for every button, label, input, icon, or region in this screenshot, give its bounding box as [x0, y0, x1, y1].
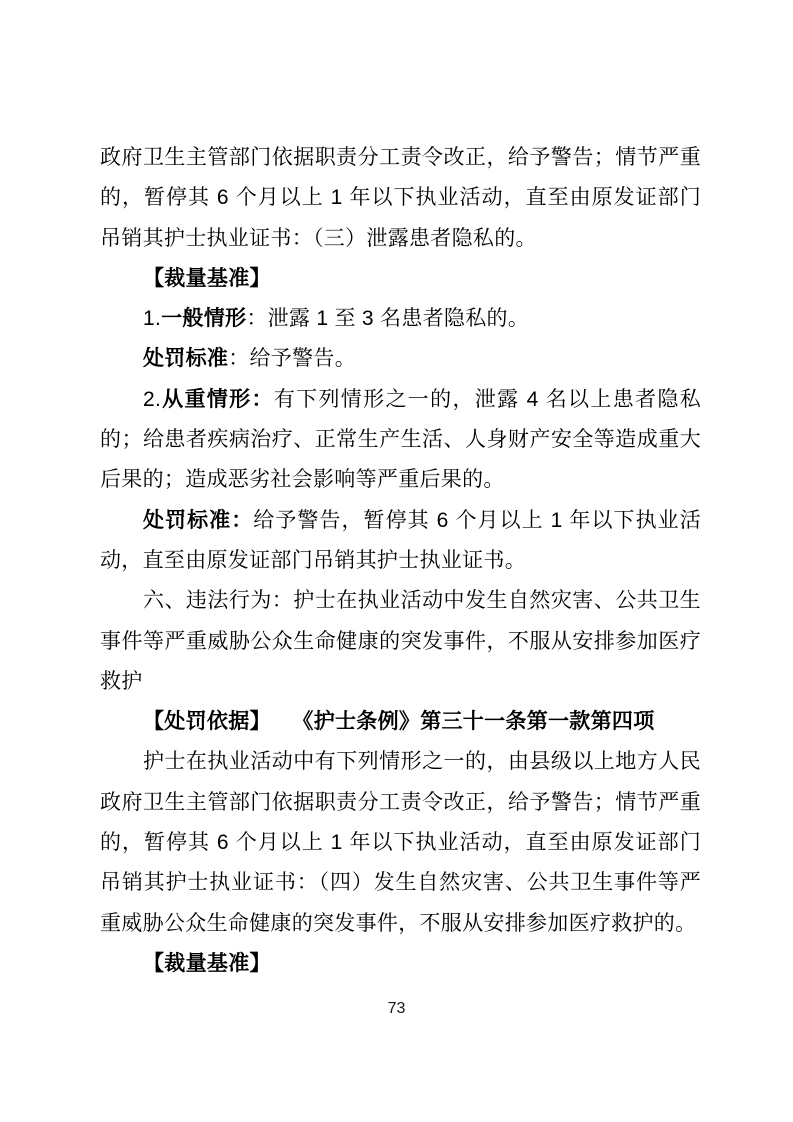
heading-discretion-basis-1: 【裁量基准】 [100, 259, 701, 299]
general-case-text: ：泄露 1 至 3 名患者隐私的。 [246, 307, 529, 330]
paragraph-regulation-article: 护士在执业活动中有下列情形之一的，由县级以上地方人民政府卫生主管部门依据职责分工… [100, 742, 701, 943]
paragraph-penalty-standard-1: 处罚标准：给予警告。 [100, 339, 701, 379]
heading-penalty-basis: 【处罚依据】 《护士条例》第三十一条第一款第四项 [100, 702, 701, 742]
general-case-label: 一般情形 [161, 307, 246, 330]
document-page: 政府卫生主管部门依据职责分工责令改正，给予警告；情节严重的，暂停其 6 个月以上… [0, 0, 793, 1122]
aggravated-case-number: 2. [143, 388, 161, 411]
paragraph-aggravated-case: 2.从重情形：有下列情形之一的，泄露 4 名以上患者隐私的；给患者疾病治疗、正常… [100, 380, 701, 501]
paragraph-general-case: 1.一般情形：泄露 1 至 3 名患者隐私的。 [100, 299, 701, 339]
penalty-standard-1-label: 处罚标准 [143, 347, 228, 370]
paragraph-penalty-standard-2: 处罚标准：给予警告，暂停其 6 个月以上 1 年以下执业活动，直至由原发证部门吊… [100, 501, 701, 582]
penalty-standard-1-text: ：给予警告。 [228, 347, 356, 370]
page-number: 73 [0, 1000, 793, 1018]
aggravated-case-label: 从重情形： [161, 388, 274, 411]
page-content: 政府卫生主管部门依据职责分工责令改正，给予警告；情节严重的，暂停其 6 个月以上… [100, 138, 701, 984]
penalty-standard-2-label: 处罚标准： [143, 509, 253, 532]
paragraph-illegal-act-6: 六、违法行为：护士在执业活动中发生自然灾害、公共卫生事件等严重威胁公众生命健康的… [100, 581, 701, 702]
general-case-number: 1. [143, 307, 161, 330]
heading-discretion-basis-2: 【裁量基准】 [100, 944, 701, 984]
paragraph-penalty-continuation: 政府卫生主管部门依据职责分工责令改正，给予警告；情节严重的，暂停其 6 个月以上… [100, 138, 701, 259]
